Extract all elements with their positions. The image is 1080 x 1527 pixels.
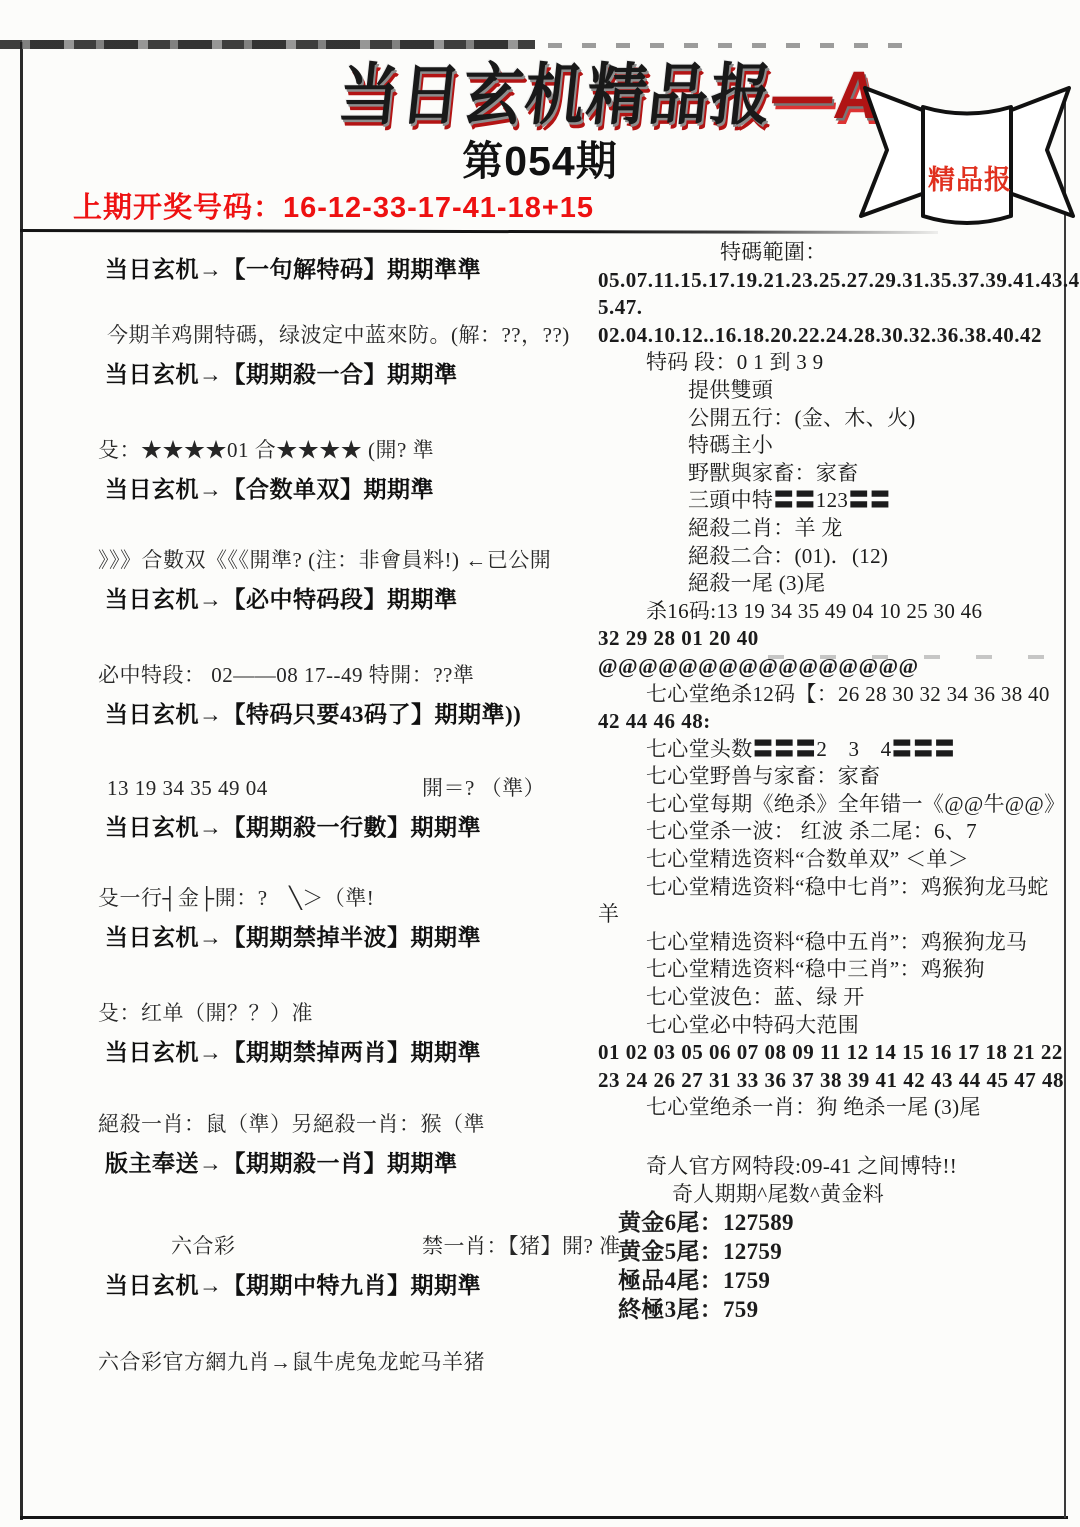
info-line: 絕殺二肖：羊 龙 [598, 515, 1070, 543]
tip-section-8: 殳：红单（開？？）准 当日玄机→【期期禁掉两肖】期期準 [92, 1000, 622, 1067]
info-line: 七心堂头数〓〓〓2 3 4〓〓〓 [598, 736, 1070, 764]
info-line: 七心堂精选资料“稳中三肖”：鸡猴狗 [598, 956, 1070, 984]
tip-main: 当日玄机→【合数单双】期期準 [92, 471, 622, 504]
info-line: 七心堂绝杀一肖：狗 绝杀一尾 (3)尾 [598, 1094, 1070, 1122]
info-line: 提供雙頭 [598, 377, 1070, 405]
info-line: 42 44 46 48: [598, 708, 1070, 736]
tip-section-6: 13 19 34 35 49 04開＝? （準） 当日玄机→【期期殺一行數】期期… [92, 775, 622, 842]
tip-hint-left: 13 19 34 35 49 04 [107, 776, 268, 800]
page-border-left [20, 42, 23, 1520]
tip-main: 当日玄机→【必中特码段】期期準 [92, 581, 622, 614]
tip-hint: 六合彩官方網九肖→鼠牛虎兔龙蛇马羊猪 [92, 1349, 622, 1375]
info-line: 特碼範圍： [598, 239, 1070, 267]
info-line: 公開五行：(金、木、火) [598, 405, 1070, 433]
golden-tail-3: 終極3尾：759 [598, 1295, 1070, 1324]
tip-hint-right: 開＝? （準） [422, 775, 545, 801]
tip-section-1: 当日玄机→【一句解特码】期期準準 [92, 243, 622, 284]
tip-section-4: 》》》合數双《《《開準? (注：非會員料!) ←已公開 当日玄机→【必中特码段】… [92, 547, 622, 614]
tip-main: 当日玄机→【特码只要43码了】期期準)) [92, 696, 622, 729]
issue-number: 第054期 [140, 128, 940, 187]
page-border-bottom [20, 1516, 1068, 1519]
info-line: 05.07.11.15.17.19.21.23.25.27.29.31.35.3… [598, 267, 1070, 295]
tip-hint: 》》》合數双《《《開準? (注：非會員料!) ←已公開 [92, 547, 622, 573]
tip-main: 当日玄机→【期期中特九肖】期期準 [92, 1267, 622, 1300]
info-line: 七心堂精选资料“稳中七肖”：鸡猴狗龙马蛇 [598, 874, 1070, 902]
tip-section-11: 六合彩官方網九肖→鼠牛虎兔龙蛇马羊猪 [92, 1349, 622, 1375]
info-line: 七心堂每期《绝杀》全年错一《@@牛@@》 [598, 791, 1070, 819]
info-line: 23 24 26 27 31 33 36 37 38 39 41 42 43 4… [598, 1067, 1070, 1095]
tip-hint: 殳：红单（開？？）准 [92, 1000, 622, 1026]
info-line: 七心堂精选资料“稳中五肖”：鸡猴狗龙马 [598, 929, 1070, 957]
info-line: 七心堂杀一波： 红波 杀二尾：6、7 [598, 818, 1070, 846]
header-divider [20, 229, 938, 234]
golden-tail-6: 黄金6尾：127589 [598, 1208, 1070, 1237]
info-line: 絕殺二合：(01)．(12) [598, 543, 1070, 571]
tip-section-10: 六合彩禁一肖：【猪】開? 准 当日玄机→【期期中特九肖】期期準 [92, 1233, 622, 1300]
info-line: 七心堂绝杀12码【：26 28 30 32 34 36 38 40 [598, 681, 1070, 709]
tip-hint-right: 禁一肖：【猪】開? 准 [422, 1233, 621, 1259]
tip-section-3: 殳：★★★★01 合★★★★ (開? 準 当日玄机→【合数单双】期期準 [92, 437, 622, 504]
ribbon-icon [853, 74, 1080, 240]
info-line: 01 02 03 05 06 07 08 09 11 12 14 15 16 1… [598, 1039, 1070, 1067]
tip-section-5: 必中特段： 02——08 17--49 特開：??準 当日玄机→【特码只要43码… [92, 662, 622, 729]
info-line: 野獸與家畜：家畜 [598, 460, 1070, 488]
tip-hint-left: 六合彩 [98, 1234, 236, 1258]
tip-section-9: 絕殺一肖：鼠（準）另絕殺一肖：猴（準 版主奉送→【期期殺一肖】期期準 [92, 1111, 622, 1178]
tip-hint: 六合彩禁一肖：【猪】開? 准 [92, 1233, 622, 1259]
golden-tail-4: 極品4尾：1759 [598, 1266, 1070, 1295]
info-line: 杀16码:13 19 34 35 49 04 10 25 30 46 [598, 598, 1070, 626]
tip-hint: 殳一行┤金├開：? ╲＞（準! [92, 885, 622, 911]
info-line: @@@@@@@@@@@@@@@@ [598, 653, 1070, 681]
info-line: 5.47. [598, 294, 1070, 322]
predictions-column: 特碼範圍： 05.07.11.15.17.19.21.23.25.27.29.3… [598, 239, 1070, 1324]
tip-hint: 殳：★★★★01 合★★★★ (開? 準 [92, 437, 622, 463]
info-line: 七心堂波色：蓝、绿 开 [598, 984, 1070, 1012]
last-draw-numbers: 上期开奖号码：16-12-33-17-41-18+15 [73, 185, 594, 226]
ribbon-stamp: 精品报 [853, 74, 1080, 240]
tip-section-7: 殳一行┤金├開：? ╲＞（準! 当日玄机→【期期禁掉半波】期期準 [92, 885, 622, 952]
tip-main: 当日玄机→【期期殺一行數】期期準 [92, 809, 622, 842]
tip-hint: 13 19 34 35 49 04開＝? （準） [92, 775, 622, 801]
tip-hint: 絕殺一肖：鼠（準）另絕殺一肖：猴（準 [92, 1111, 622, 1137]
tip-main: 版主奉送→【期期殺一肖】期期準 [92, 1145, 622, 1178]
tip-hint: 必中特段： 02——08 17--49 特開：??準 [92, 662, 622, 688]
info-line: 奇人官方网特段:09-41 之间博特!! [598, 1153, 1070, 1181]
tip-main: 当日玄机→【期期禁掉半波】期期準 [92, 919, 622, 952]
tip-sheet-page: 当日玄机精品报—A 第054期 上期开奖号码：16-12-33-17-41-18… [0, 0, 1080, 1527]
tip-main: 当日玄机→【期期殺一合】期期準 [92, 356, 622, 389]
golden-tail-5: 黄金5尾：12759 [598, 1237, 1070, 1266]
info-line: 七心堂必中特码大范围 [598, 1012, 1070, 1040]
info-line: 特码 段：0 1 到 3 9 [598, 349, 1070, 377]
info-line: 特碼主小 [598, 432, 1070, 460]
info-line: 三頭中特〓〓123〓〓 [598, 487, 1070, 515]
info-line: 絕殺一尾 (3)尾 [598, 570, 1070, 598]
info-line: 奇人期期^尾数^黄金料 [598, 1181, 1070, 1209]
stamp-label: 精品报 [927, 158, 1013, 197]
info-line: 七心堂精选资料“合数单双” ＜单＞ [598, 846, 1070, 874]
tip-main: 当日玄机→【一句解特码】期期準準 [92, 251, 622, 284]
info-line: 七心堂野兽与家畜：家畜 [598, 763, 1070, 791]
tip-main: 当日玄机→【期期禁掉两肖】期期準 [92, 1034, 622, 1067]
tip-hint: 今期羊鸡開特碼，绿波定中蓝來防。(解：??，??) [92, 322, 622, 348]
page-title-main: 当日玄机精品报 [335, 58, 777, 133]
info-line: 32 29 28 01 20 40 [598, 625, 1070, 653]
info-line: 羊 [598, 901, 1070, 929]
info-line: 02.04.10.12..16.18.20.22.24.28.30.32.36.… [598, 322, 1070, 350]
tip-section-2: 今期羊鸡開特碼，绿波定中蓝來防。(解：??，??) 当日玄机→【期期殺一合】期期… [92, 322, 622, 389]
